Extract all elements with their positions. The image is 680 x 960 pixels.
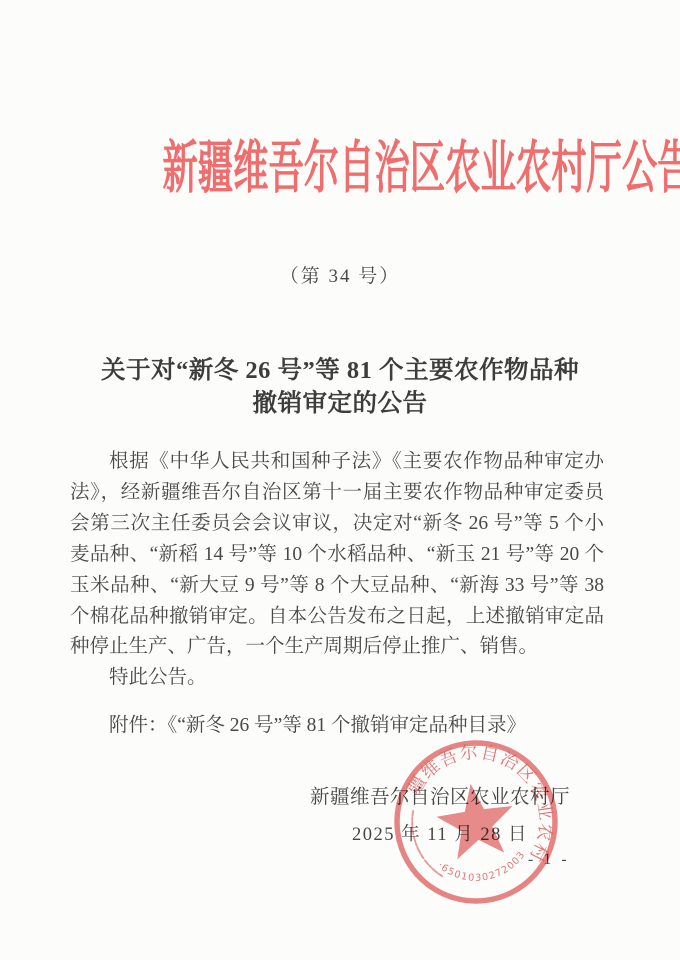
notice-body: 根据《中华人民共和国种子法》《主要农作物品种审定办法》，经新疆维吾尔自治区第十一… <box>70 447 604 742</box>
body-paragraph-main: 根据《中华人民共和国种子法》《主要农作物品种审定办法》，经新疆维吾尔自治区第十一… <box>70 447 604 663</box>
notice-heading: 关于对“新冬 26 号”等 81 个主要农作物品种 撤销审定的公告 <box>0 354 680 420</box>
masthead-title-text: 新疆维吾尔自治区农业农村厅公告 <box>162 130 680 208</box>
official-seal: 新疆维吾尔自治区农业农村厅 ·6501030272003 <box>381 727 571 917</box>
seal-code-text: ·6501030272003 <box>434 848 531 890</box>
seal-star-icon <box>433 778 519 861</box>
document-page: 新疆维吾尔自治区农业农村厅公告 （第 34 号） 关于对“新冬 26 号”等 8… <box>0 0 680 960</box>
masthead-title: 新疆维吾尔自治区农业农村厅公告 <box>0 130 680 208</box>
notice-heading-line1: 关于对“新冬 26 号”等 81 个主要农作物品种 <box>0 354 680 387</box>
signature-block: 新疆维吾尔自治区农业农村厅 2025 年 11 月 28 日 <box>0 781 680 846</box>
issue-number: （第 34 号） <box>0 261 680 288</box>
notice-heading-line2: 撤销审定的公告 <box>0 387 680 420</box>
body-paragraph-closing: 特此公告。 <box>70 663 604 694</box>
